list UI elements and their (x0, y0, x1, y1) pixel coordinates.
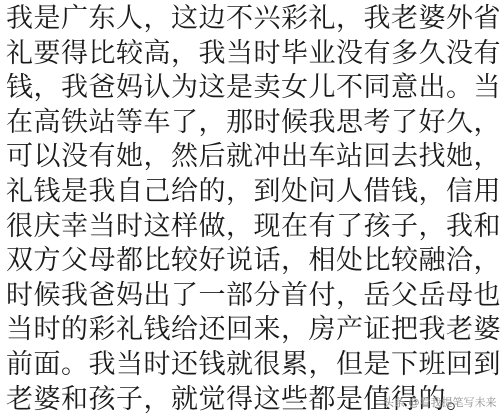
text-line: 可以没有她，然后就冲出车站回去找她，后来彩 (6, 140, 496, 175)
text-line: 很庆幸当时这样做，现在有了孩子，我和我老婆， (6, 210, 496, 245)
text-line: 礼钱是我自己给的，到处问人借钱，信用卡套现。 (6, 175, 496, 210)
text-line: 时候我爸妈出了一部分首付，岳父岳母也基本把 (6, 279, 496, 314)
text-line: 钱，我爸妈认为这是卖女儿不同意出。当时已经 (6, 71, 496, 106)
text-line: 在高铁站等车了，那时候我思考了好久，觉得不 (6, 106, 496, 141)
text-line: 礼要得比较高，我当时毕业没有多久没有这么多 (6, 37, 496, 72)
watermark: 头条 @看我提笔写未来 (383, 394, 497, 410)
text-line: 我是广东人，这边不兴彩礼，我老婆外省的，彩 (6, 2, 496, 37)
article-text: 我是广东人，这边不兴彩礼，我老婆外省的，彩 礼要得比较高，我当时毕业没有多久没有… (6, 2, 496, 417)
text-line: 双方父母都比较好说话，相处比较融洽，买房的 (6, 244, 496, 279)
text-line: 当时的彩礼钱给还回来，房产证把我老婆写在最 (6, 313, 496, 348)
text-line: 前面。我当时还钱就很累，但是下班回到家看到 (6, 348, 496, 383)
